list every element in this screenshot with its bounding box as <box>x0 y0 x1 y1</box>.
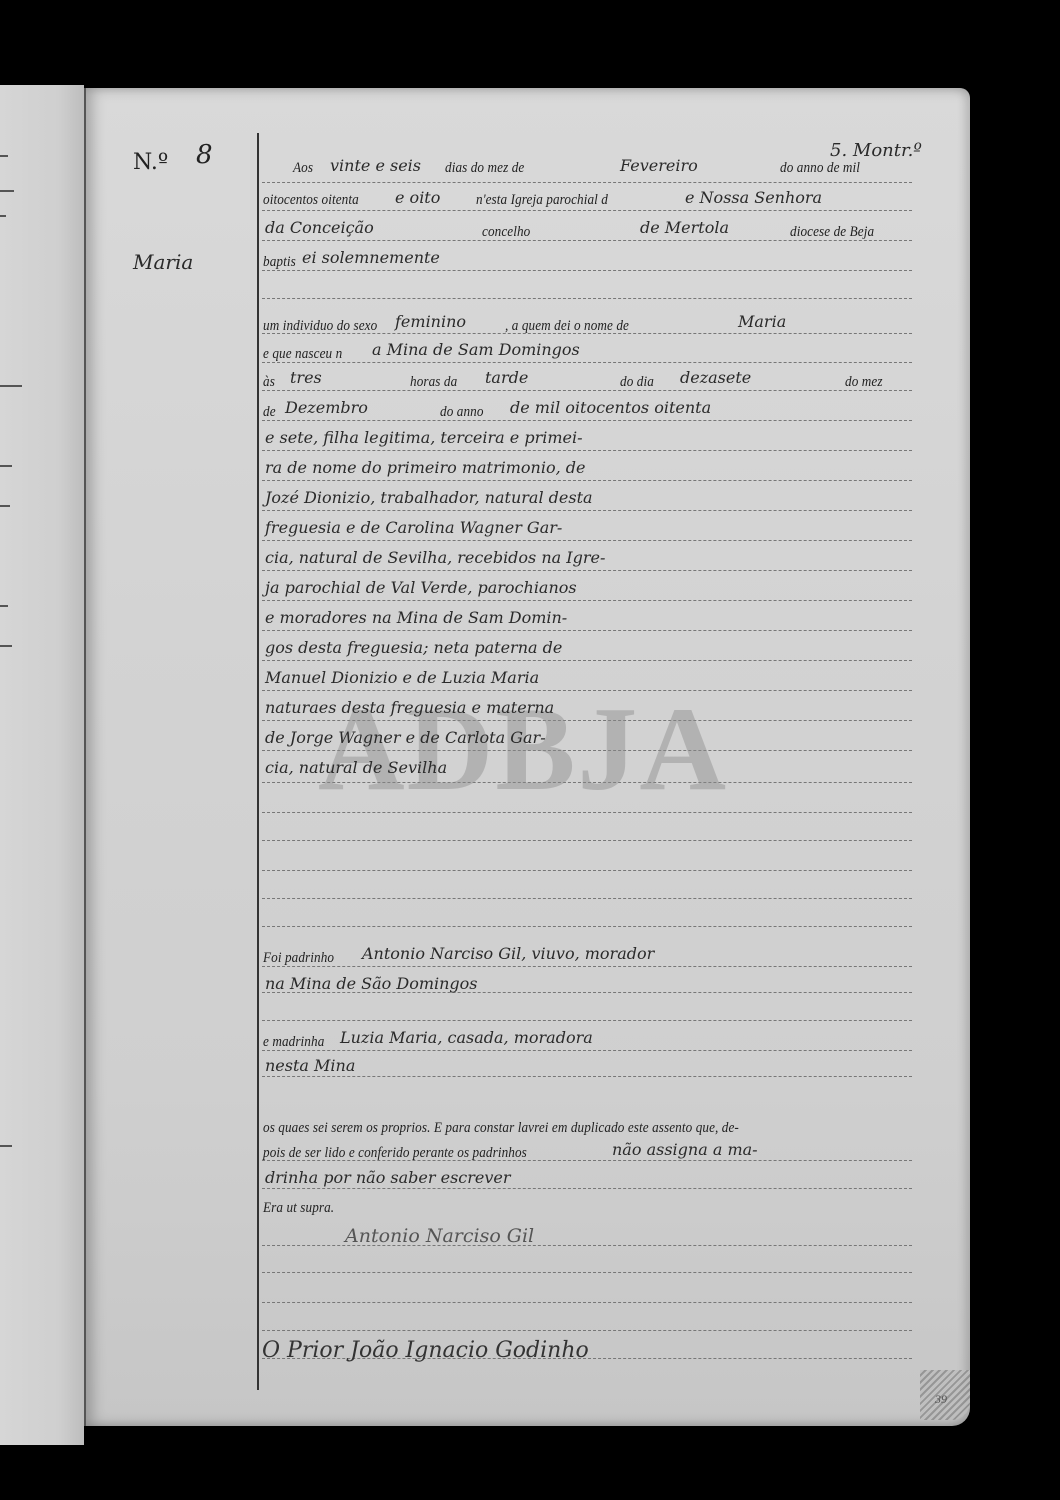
margin-annotation: 5. Montr.º <box>830 140 922 161</box>
era-ut-supra: Era ut supra. <box>263 1200 334 1217</box>
madrinha-text: nesta Mina <box>265 1056 355 1075</box>
handwritten-text: Maria <box>738 312 786 331</box>
printed-text: concelho <box>482 224 530 241</box>
padrinho-text: na Mina de São Domingos <box>265 974 478 993</box>
left-page-mark <box>0 605 8 607</box>
printed-text: Aos <box>293 160 313 177</box>
printed-text: dias do mez de <box>445 160 524 177</box>
padrinho-signature: Antonio Narciso Gil <box>345 1225 534 1247</box>
priest-signature: O Prior João Ignacio Godinho <box>262 1338 589 1363</box>
handwritten-text: da Conceição <box>265 218 374 237</box>
left-page-mark <box>0 645 12 647</box>
body-line: ra de nome do primeiro matrimonio, de <box>265 458 585 477</box>
entry-number-label: N.º <box>133 150 168 175</box>
madrinha-text: Luzia Maria, casada, moradora <box>340 1028 593 1047</box>
body-line: Jozé Dionizio, trabalhador, natural dest… <box>265 488 593 507</box>
printed-text: às <box>263 374 275 391</box>
left-page-mark <box>0 1145 12 1147</box>
closing-text: os quaes sei serem os proprios. E para c… <box>263 1120 739 1137</box>
handwritten-text: dezasete <box>680 368 751 387</box>
body-line: ja parochial de Val Verde, parochianos <box>265 578 577 597</box>
left-page-mark <box>0 385 22 387</box>
printed-text: de <box>263 404 276 421</box>
body-line: de Jorge Wagner e de Carlota Gar- <box>265 728 546 747</box>
padrinho-label: Foi padrinho <box>263 950 334 967</box>
margin-rule <box>257 133 259 1390</box>
handwritten-text: a Mina de Sam Domingos <box>372 340 580 359</box>
handwritten-text: de Mertola <box>640 218 729 237</box>
body-line: cia, natural de Sevilha, recebidos na Ig… <box>265 548 605 567</box>
handwritten-text: tarde <box>485 368 528 387</box>
left-page-mark <box>0 215 6 217</box>
entry-number: 8 <box>196 140 213 170</box>
body-line: e moradores na Mina de Sam Domin- <box>265 608 567 627</box>
handwritten-text: feminino <box>395 312 466 331</box>
printed-text: , a quem dei o nome de <box>505 318 629 335</box>
body-line: freguesia e de Carolina Wagner Gar- <box>265 518 562 537</box>
left-page-mark <box>0 155 8 157</box>
body-line: gos desta freguesia; neta paterna de <box>265 638 562 657</box>
left-page-mark <box>0 465 12 467</box>
handwritten-text: tres <box>290 368 322 387</box>
closing-handwritten: não assigna a ma- <box>612 1140 758 1159</box>
left-page-mark <box>0 190 14 192</box>
padrinho-text: Antonio Narciso Gil, viuvo, morador <box>362 944 654 963</box>
margin-name: Maria <box>133 250 193 274</box>
printed-text: do mez <box>845 374 883 391</box>
page-gutter <box>84 88 86 1426</box>
printed-text: horas da <box>410 374 457 391</box>
left-page-mark <box>0 505 10 507</box>
printed-text: do anno <box>440 404 484 421</box>
handwritten-text: vinte e seis <box>330 156 421 175</box>
printed-text: diocese de Beja <box>790 224 874 241</box>
printed-text: do dia <box>620 374 654 391</box>
page-number: 39 <box>935 1392 947 1407</box>
closing-handwritten: drinha por não saber escrever <box>265 1168 511 1187</box>
handwritten-text: Dezembro <box>285 398 368 417</box>
madrinha-label: e madrinha <box>263 1034 324 1051</box>
printed-text: oitocentos oitenta <box>263 192 359 209</box>
body-line: Manuel Dionizio e de Luzia Maria <box>265 668 539 687</box>
printed-text: um individuo do sexo <box>263 318 377 335</box>
printed-text: n'esta Igreja parochial d <box>476 192 608 209</box>
closing-text: pois de ser lido e conferido perante os … <box>263 1145 527 1162</box>
printed-text: do anno de mil <box>780 160 860 177</box>
body-line: naturaes desta freguesia e materna <box>265 698 554 717</box>
handwritten-text: ei solemnemente <box>302 248 440 267</box>
printed-text: baptis <box>263 254 296 271</box>
body-line: e sete, filha legitima, terceira e prime… <box>265 428 583 447</box>
handwritten-text: de mil oitocentos oitenta <box>510 398 711 417</box>
printed-text: e que nasceu n <box>263 346 342 363</box>
left-page-edge <box>0 85 84 1445</box>
handwritten-text: e oito <box>395 188 440 207</box>
body-line: cia, natural de Sevilha <box>265 758 447 777</box>
handwritten-text: e Nossa Senhora <box>685 188 822 207</box>
handwritten-text: Fevereiro <box>620 156 698 175</box>
